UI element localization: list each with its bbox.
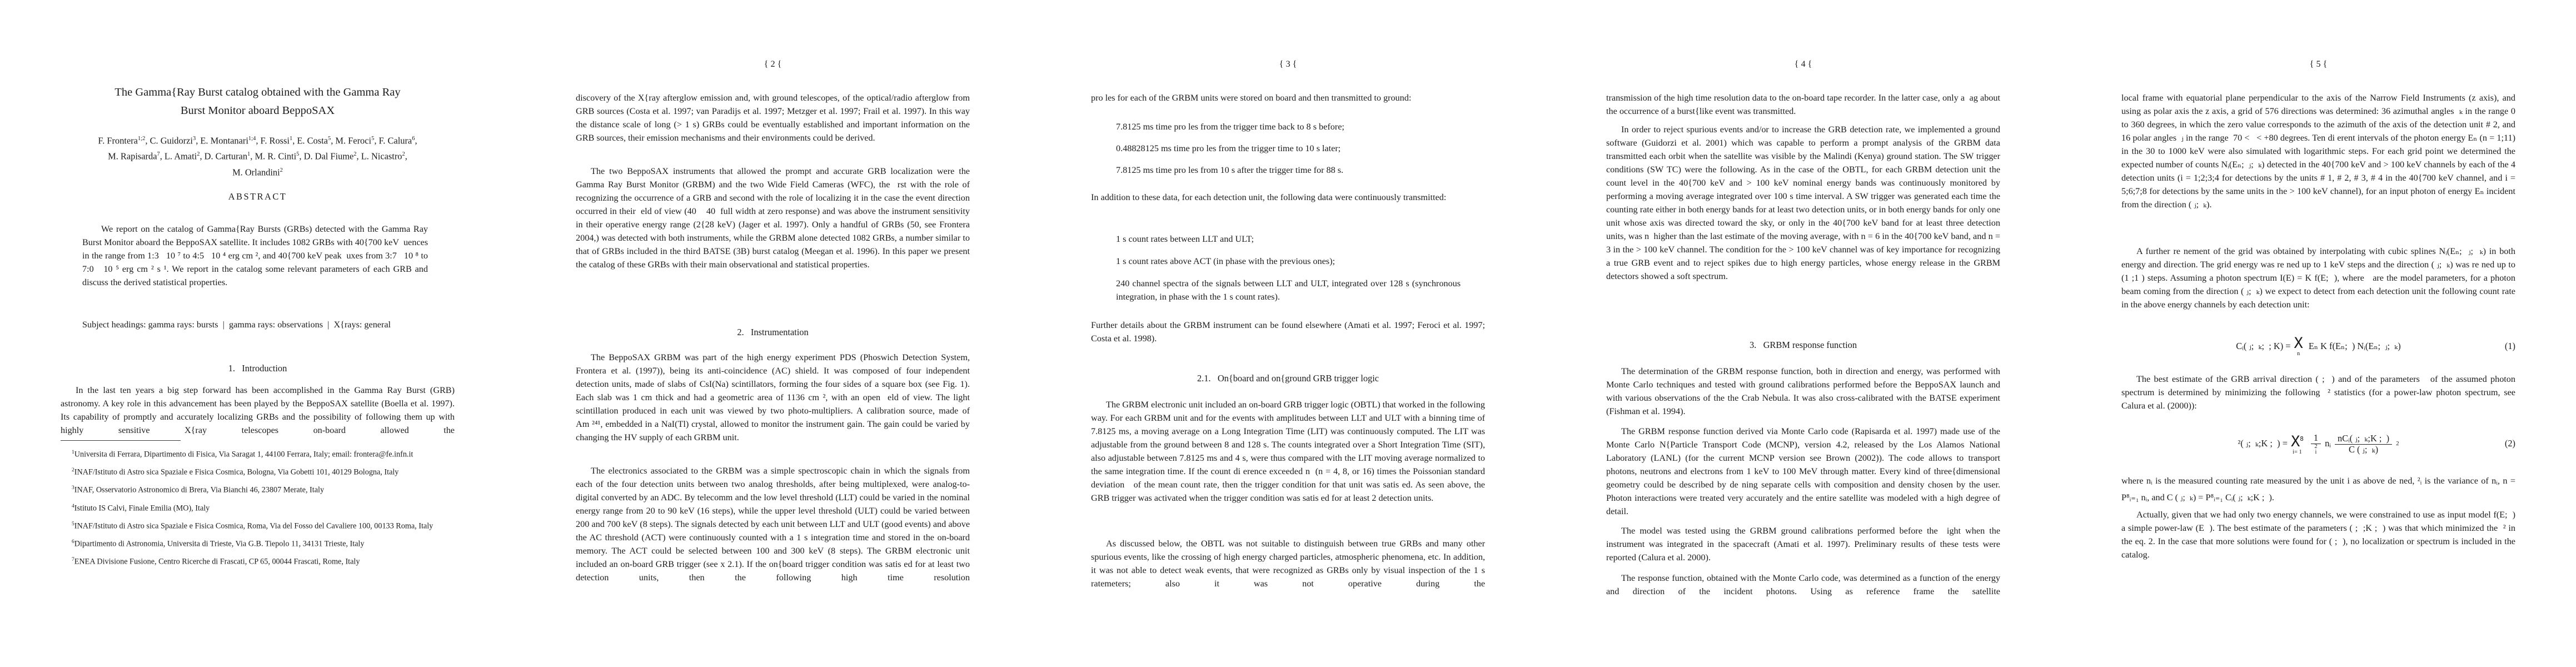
sum-upper-limit: 8 [2300, 435, 2304, 442]
author-name: , M. R. Cinti [250, 151, 296, 162]
author-name: , E. Montanari [196, 135, 248, 146]
body-paragraph: The GRBM response function derived via M… [1606, 425, 2000, 518]
subject-headings: Subject headings: gamma rays: bursts | g… [82, 318, 428, 331]
body-paragraph: The BeppoSAX GRBM was part of the high e… [576, 351, 970, 444]
section-heading-response-function: 3. GRBM response function [1606, 340, 2000, 351]
author-name: , F. Calura [374, 135, 412, 146]
list-item: 7.8125 ms time pro les from the trigger … [1116, 120, 1461, 133]
author-affiliation-sup: 1;4 [248, 136, 256, 142]
equation-2-body: ²( ⱼ; ₖ;K ; ) = X8 i= 1 1 2i nᵢ nCᵢ( ⱼ; … [2238, 432, 2399, 455]
body-paragraph: A further re nement of the grid was obta… [2121, 245, 2515, 311]
body-paragraph: local frame with equatorial plane perpen… [2121, 91, 2515, 211]
paper-title-line-1: The Gamma{Ray Burst catalog obtained wit… [61, 83, 455, 102]
intro-paragraph: In the last ten years a big step forward… [61, 384, 455, 437]
fraction-numerator: nCᵢ( ⱼ; ₖ;K ; ) [2335, 433, 2392, 445]
author-name: M. Orlandini [232, 167, 280, 177]
body-paragraph: The two BeppoSAX instruments that allowe… [576, 165, 970, 271]
footnote: 1Universita di Ferrara, Dipartimento di … [61, 447, 455, 461]
paper-title: The Gamma{Ray Burst catalog obtained wit… [61, 83, 455, 120]
section-heading-introduction: 1. Introduction [61, 363, 455, 374]
page-4: { 4 { transmission of the high time reso… [1546, 0, 2061, 667]
fraction-numerator: 1 [2311, 432, 2321, 444]
page-number-header: { 4 { [1606, 59, 2000, 69]
list-item: 0.48828125 ms time pro les from the trig… [1116, 142, 1461, 155]
footnote: 3INAF, Osservatorio Astronomico di Brera… [61, 482, 455, 496]
abstract-text: We report on the catalog of Gamma{Ray Bu… [82, 222, 428, 289]
body-paragraph: Further details about the GRBM instrumen… [1091, 318, 1485, 345]
body-paragraph: In addition to these data, for each dete… [1091, 191, 1485, 204]
body-paragraph: As discussed below, the OBTL was not sui… [1091, 537, 1485, 590]
author-name: , [415, 135, 417, 146]
footnote-text: ENEA Divisione Fusione, Centro Ricerche … [74, 558, 360, 566]
equation-lhs: ²( ⱼ; ₖ;K ; ) = [2238, 438, 2288, 449]
body-paragraph: pro les for each of the GRBM units were … [1091, 91, 1485, 104]
body-paragraph: In order to reject spurious events and/o… [1606, 123, 2000, 283]
sum-glyph: X [2294, 336, 2303, 351]
author-name: , L. Amati [160, 151, 197, 162]
page-number-header: { 2 { [576, 59, 970, 69]
footnote: 5INAF/Istituto di Astro sica Spaziale e … [61, 519, 455, 532]
equation-mid-term: nᵢ [2325, 438, 2331, 449]
body-paragraph: transmission of the high time resolution… [1606, 91, 2000, 118]
sum-lower-limit: i= 1 [2293, 449, 2302, 455]
body-paragraph: discovery of the X{ray afterglow emissio… [576, 91, 970, 145]
footnote-text: Istituto IS Calvi, Finale Emilia (MO), I… [74, 504, 210, 512]
fraction-denominator: C ( ⱼ; ₖ) [2346, 445, 2381, 455]
list-item: 1 s count rates above ACT (in phase with… [1116, 255, 1461, 268]
list-item: 1 s count rates between LLT and ULT; [1116, 232, 1461, 246]
sum-lower-limit: n [2297, 351, 2300, 357]
equation-number: (2) [2505, 438, 2515, 449]
section-heading-instrumentation: 2. Instrumentation [576, 327, 970, 338]
body-paragraph: The model was tested using the GRBM grou… [1606, 524, 2000, 564]
equation-1-body: Cᵢ( ⱼ; ₖ; ; K) = X n Eₙ K f(Eₙ; ) Nᵢ(Eₙ;… [2236, 336, 2400, 357]
author-name: , F. Rossi [256, 135, 290, 146]
body-paragraph: Actually, given that we had only two ene… [2121, 508, 2515, 561]
paper-title-line-2: Burst Monitor aboard BeppoSAX [61, 102, 455, 120]
page-number-header: { 3 { [1091, 59, 1485, 69]
page-3: { 3 { pro les for each of the GRBM units… [1030, 0, 1546, 667]
footnote-text: INAF, Osservatorio Astronomico di Brera,… [74, 486, 324, 495]
footnote: 6Dipartimento di Astronomia, Universita … [61, 536, 455, 550]
footnote: 4Istituto IS Calvi, Finale Emilia (MO), … [61, 501, 455, 515]
page-2: { 2 { discovery of the X{ray afterglow e… [515, 0, 1030, 667]
equation-2: ²( ⱼ; ₖ;K ; ) = X8 i= 1 1 2i nᵢ nCᵢ( ⱼ; … [2121, 418, 2515, 469]
page-1: The Gamma{Ray Burst catalog obtained wit… [0, 0, 515, 667]
author-affiliation-sup: 2 [280, 167, 283, 173]
footnote-text: Universita di Ferrara, Dipartimento di F… [74, 450, 413, 459]
author-name: , M. Feroci [331, 135, 371, 146]
footnotes-block: 1Universita di Ferrara, Dipartimento di … [61, 447, 455, 573]
section-heading-trigger-logic: 2.1. On{board and on{ground GRB trigger … [1091, 373, 1485, 384]
authors-line-3: M. Orlandini2 [61, 163, 455, 179]
fraction-one-over-sigma: 1 2i [2311, 432, 2321, 455]
body-paragraph: The GRBM electronic unit included an on-… [1091, 398, 1485, 505]
footnote: 2INAF/Istituto di Astro sica Spaziale e … [61, 465, 455, 479]
author-name: , [405, 151, 407, 162]
author-affiliation-sup: 1;2 [138, 136, 145, 142]
authors-line-2: M. Rapisarda7, L. Amati2, D. Carturan1, … [61, 147, 455, 163]
author-name: , C. Guidorzi [145, 135, 193, 146]
author-name: , E. Costa [292, 135, 328, 146]
squared-exponent: 2 [2396, 440, 2399, 447]
paper-spread: arXiv:0809.5174v1 [astro-ph] 30 Sep 2008… [0, 0, 2576, 667]
footnote-text: INAF/Istituto di Astro sica Spaziale e F… [74, 468, 399, 477]
equation-number: (1) [2505, 341, 2515, 352]
footnote-text: Dipartimento di Astronomia, Universita d… [74, 540, 365, 549]
authors-block: F. Frontera1;2, C. Guidorzi3, E. Montana… [61, 132, 455, 179]
author-name: M. Rapisarda [108, 151, 157, 162]
list-item: 7.8125 ms time pro les from 10 s after t… [1116, 163, 1461, 177]
equation-lhs: Cᵢ( ⱼ; ₖ; ; K) = [2236, 341, 2290, 352]
body-paragraph: The best estimate of the GRB arrival dir… [2121, 372, 2515, 412]
body-paragraph: The determination of the GRBM response f… [1606, 365, 2000, 418]
page-5: { 5 { local frame with equatorial plane … [2061, 0, 2576, 667]
body-paragraph: The electronics associated to the GRBM w… [576, 464, 970, 584]
summation-symbol: X n [2294, 336, 2303, 357]
fraction-denominator: 2i [2311, 444, 2320, 455]
author-name: F. Frontera [98, 135, 138, 146]
summation-symbol: X8 i= 1 [2291, 432, 2304, 455]
abstract-heading: ABSTRACT [61, 191, 455, 202]
body-paragraph: The response function, obtained with the… [1606, 571, 2000, 598]
fraction-counts-ratio: nCᵢ( ⱼ; ₖ;K ; ) C ( ⱼ; ₖ) [2335, 433, 2392, 455]
sum-glyph: X8 [2291, 432, 2304, 449]
list-item: 240 channel spectra of the signals betwe… [1116, 277, 1461, 303]
author-name: , D. Dal Fiume [299, 151, 353, 162]
author-name: , D. Carturan [200, 151, 247, 162]
equation-1: Cᵢ( ⱼ; ₖ; ; K) = X n Eₙ K f(Eₙ; ) Nᵢ(Eₙ;… [2121, 329, 2515, 364]
author-name: , L. Nicastro [357, 151, 402, 162]
body-paragraph: where nᵢ is the measured counting rate m… [2121, 472, 2515, 506]
footnote: 7ENEA Divisione Fusione, Centro Ricerche… [61, 554, 455, 568]
authors-line-1: F. Frontera1;2, C. Guidorzi3, E. Montana… [61, 132, 455, 147]
equation-rhs: Eₙ K f(Eₙ; ) Nᵢ(Eₙ; ⱼ; ₖ) [2306, 341, 2401, 352]
abstract-paragraph: We report on the catalog of Gamma{Ray Bu… [82, 222, 428, 289]
footnote-text: INAF/Istituto di Astro sica Spaziale e F… [74, 522, 434, 531]
footnote-rule [61, 440, 181, 441]
page-number-header: { 5 { [2121, 59, 2515, 69]
